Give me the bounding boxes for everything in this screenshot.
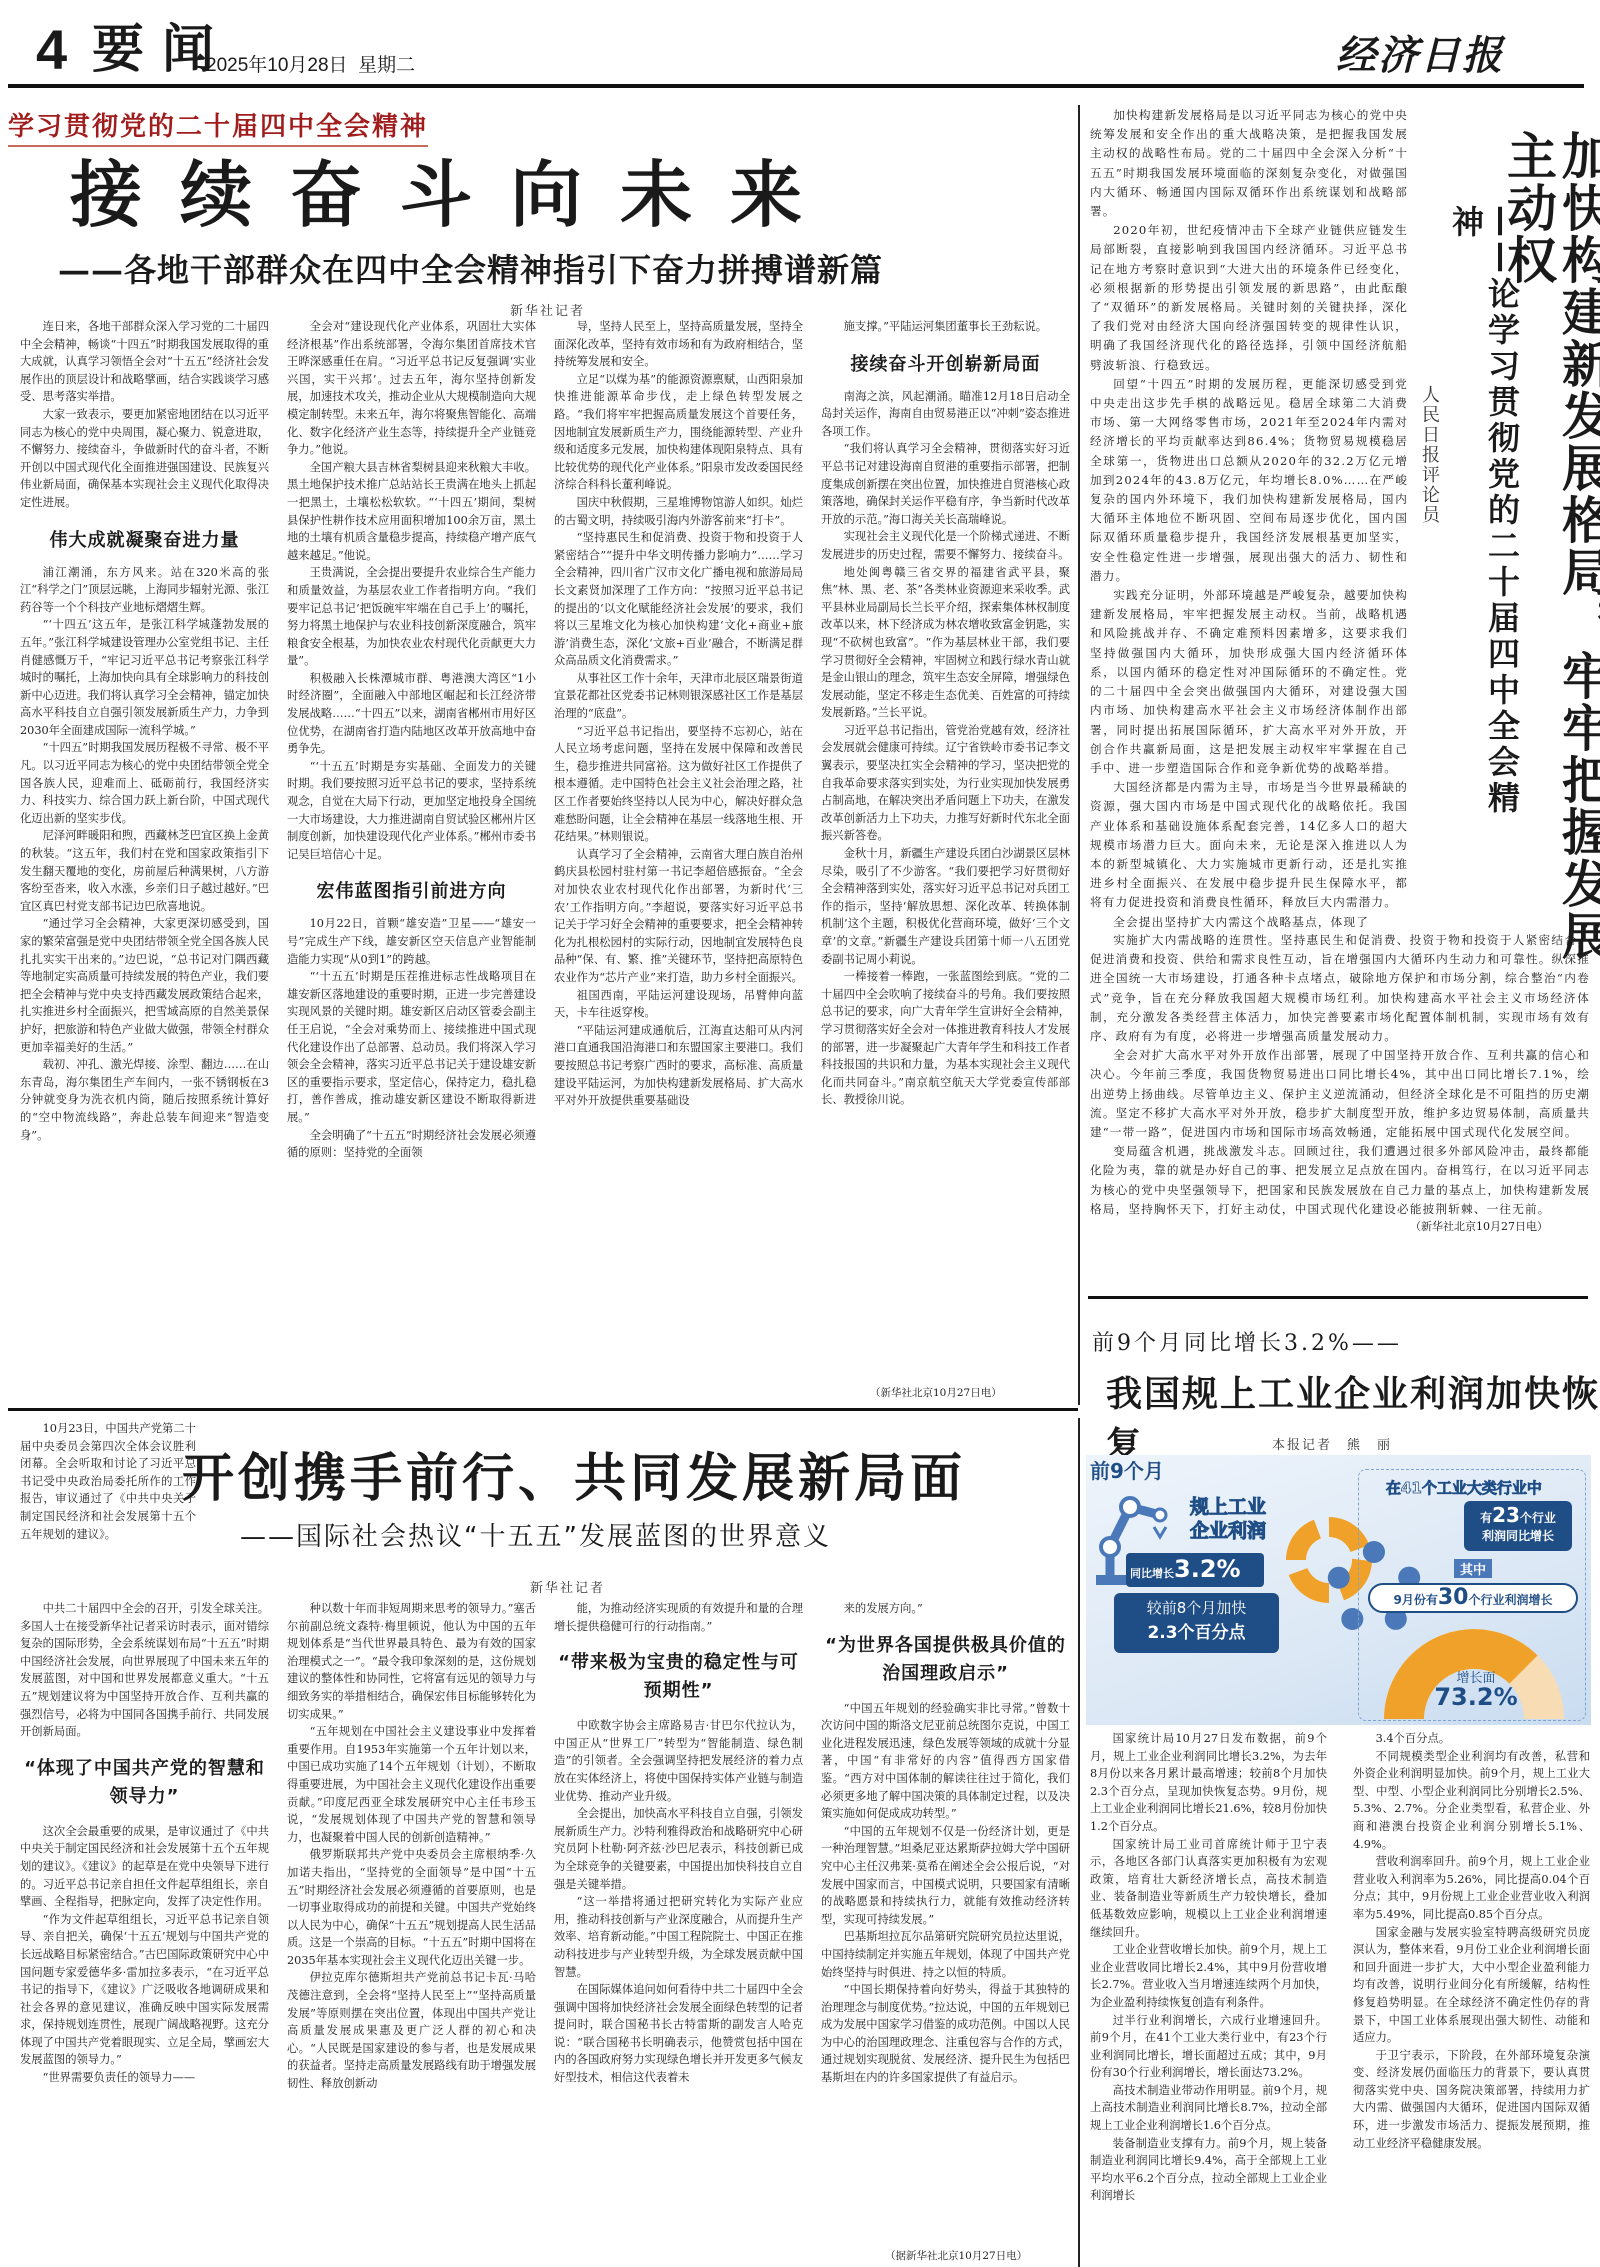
paragraph: 变局蕴含机遇，挑战激发斗志。回顾过往，我们遭遇过很多外部风险冲击，最终都能化险为… [1090,1142,1590,1219]
intl-byline: 新华社记者 [530,1577,605,1596]
paragraph: 能，为推动经济实现质的有效提升和量的合理增长提供稳健可行的行动指南。” [554,1600,803,1635]
paragraph: 南海之滨，风起潮涌。瞄准12月18日启动全岛封关运作，海南自由贸易港正以“冲刺”… [821,388,1070,441]
paragraph: 伊拉克库尔德斯坦共产党前总书记卡瓦·马哈茂德注意到，全会将“坚持人民至上”“坚持… [287,1969,536,2092]
info-sept-suffix: 个行业利润增长 [1468,1593,1552,1607]
paragraph: 实践充分证明，外部环境越是严峻复杂，越要加快构建新发展格局，牢牢把握发展主动权。… [1090,586,1408,778]
lead-column: 连日来，各地干部群众深入学习党的二十届四中全会精神，畅谈“十四五”时期我国发展取… [20,318,269,1388]
intl-subheadline: ——国际社会热议“十五五”发展蓝图的世界意义 [240,1516,831,1553]
info-profit-label: 规上工业企业利润 [1186,1495,1266,1543]
info-right-title: 在41个工业大类行业中 [1386,1477,1542,1498]
section-heading: 伟大成就凝聚奋进力量 [20,526,269,552]
info-growth-suffix: 个行业 [1520,1511,1556,1525]
paragraph: 载初、冲孔、激光焊接、涂型、翻边……在山东青岛，海尔集团生产车间内，一张不锈钢板… [20,1056,269,1144]
date-text: 2025年10月28日 [206,55,348,76]
paragraph: 俄罗斯联邦共产党中央委员会主席根纳季·久加诺夫指出，“坚持党的全面领导”是中国“… [287,1846,536,1969]
editorial-dateline: （新华社北京10月27日电） [1410,1218,1548,1234]
info-faster-box: 较前8个月加快 2.3个百分点 [1114,1593,1279,1653]
paragraph: “中国长期保持着向好势头，得益于其独特的治理理念与制度优势。”拉达说，中国的五年… [821,1981,1070,2087]
paragraph: 在国际媒体追问如何看待中共二十届四中全会强调中国将加快经济社会发展全面绿色转型的… [554,1981,803,2087]
paragraph: 国家统计局工业司首席统计师于卫宁表示，各地区各部门认真落实更加积极有为宏观政策，… [1090,1836,1327,1942]
paragraph: 装备制造业支撑有力。前9个月，规上装备制造业利润同比增长9.4%，高于全部规上工… [1090,2135,1327,2205]
column-divider [1078,105,1080,1405]
paragraph: 全会提出，加快高水平科技自立自强，引领发展新质生产力。沙特利雅得政治和战略研究中… [554,1805,803,1893]
section-heading: 宏伟蓝图指引前进方向 [287,877,536,903]
lead-dateline: （新华社北京10月27日电） [870,1385,1002,1400]
intl-headline: 开创携手前行、共同发展新局面 [182,1436,966,1511]
infographic: 前9个月 规上工业企业利润 同比增长3.2% 较前8个月加快 2.3个百分点 在… [1086,1455,1591,1725]
paragraph: “五年规划在中国社会主义建设事业中发挥着重要作用。自1953年实施第一个五年计划… [287,1723,536,1846]
info-left-title: 前9个月 [1090,1455,1164,1484]
paragraph: 一棒接着一棒跑，一张蓝图绘到底。“党的二十届四中全会吹响了接续奋斗的号角。我们要… [821,968,1070,1109]
paragraph: 尼泽河畔暖阳和煦，西藏林芝巴宜区换上金黄的秋装。“这五年，我们村在党和国家政策指… [20,827,269,915]
paragraph: 国家统计局10月27日发布数据，前9个月，规上工业企业利润同比增长3.2%，为去… [1090,1730,1327,1836]
editorial-subheadline: ——论学习贯彻党的二十届四中全会精神 [1448,205,1520,845]
section-rule [8,1408,1078,1411]
paragraph: “这一举措将通过把研究转化为实际产业应用，推动科技创新与产业深度融合，从而提升生… [554,1893,803,1981]
intl-article-body: 中共二十届四中全会的召开，引发全球关注。多国人士在接受新华社记者采访时表示，面对… [20,1600,1070,2265]
lead-byline: 新华社记者 [510,300,585,319]
paragraph: 来的发展方向。” [821,1600,1070,1618]
paragraph: 国家金融与发展实验室特聘高级研究员庞溟认为，整体来看，9月份工业企业利润增长面和… [1353,1924,1590,2047]
paragraph: 于卫宁表示，下阶段，在外部环境复杂演变、经济发展仍面临压力的背景下，要认真贯彻落… [1353,2047,1590,2153]
weekday-text: 星期二 [358,55,415,76]
paragraph: 种以数十年而非短周期来思考的领导力。”塞舌尔前副总统文森特·梅里顿说，他认为中国… [287,1600,536,1723]
info-faster-line1: 较前8个月加快 [1114,1597,1279,1618]
paragraph: 大国经济都是内需为主导，市场是当今世界最稀缺的资源，强大国内市场是中国式现代化的… [1090,778,1408,912]
lead-headline: 接续奋斗向未来 [70,150,1010,240]
section-heading: 接续奋斗开创崭新局面 [821,350,1070,376]
econ-column: 国家统计局10月27日发布数据，前9个月，规上工业企业利润同比增长3.2%，为去… [1090,1730,1327,2260]
intl-column: 种以数十年而非短周期来思考的领导力。”塞舌尔前副总统文森特·梅里顿说，他认为中国… [287,1600,536,2265]
paragraph: 地处闽粤赣三省交界的福建省武平县，聚焦“林、黑、老、茶”各类林业资源迎来采收季。… [821,564,1070,722]
info-growth-box: 有23个行业 利润同比增长 [1464,1501,1572,1551]
paragraph: “平陆运河建成通航后，江海直达船可从内河港口直通我国沿海港口和东盟国家主要港口。… [554,1022,803,1110]
paragraph: 全会对扩大高水平对外开放作出部署，展现了中国坚持开放合作、互利共赢的信心和决心。… [1090,1046,1590,1142]
paragraph: 施支撑。”平陆运河集团董事长王劲耘说。 [821,318,1070,336]
lead-column: 施支撑。”平陆运河集团董事长王劲耘说。接续奋斗开创崭新局面南海之滨，风起潮涌。瞄… [821,318,1070,1388]
info-faster-line2: 2.3个百分点 [1114,1618,1279,1643]
paragraph: 这次全会最重要的成果，是审议通过了《中共中央关于制定国民经济和社会发展第十五个五… [20,1823,269,1911]
paragraph: 2020年初，世纪疫情冲击下全球产业链供应链发生局部断裂，直接影响到我国国内经济… [1090,221,1408,375]
column-divider [1078,1418,1080,2267]
econ-article-body: 国家统计局10月27日发布数据，前9个月，规上工业企业利润同比增长3.2%，为去… [1090,1730,1590,2260]
paragraph: 高技术制造业带动作用明显。前9个月，规上高技术制造业利润同比增长8.7%，拉动全… [1090,2082,1327,2135]
paragraph: 营收利润率回升。前9个月，规上工业企业营业收入利润率为5.26%，同比提高0.0… [1353,1853,1590,1923]
paragraph: 巴基斯坦拉瓦尔品第研究院研究员拉达里说，中国持续制定并实施五年规划，体现了中国共… [821,1928,1070,1981]
paragraph: 加快构建新发展格局是以习近平同志为核心的党中央统筹发展和安全作出的重大战略决策，… [1090,106,1408,221]
paragraph: 从事社区工作十余年，天津市北辰区瑞景街道宜景花都社区党委书记林则银深感社区工作是… [554,670,803,723]
paragraph: 中欧数字协会主席路易吉·甘巴尔代拉认为，中国正从“世界工厂”转型为“智能制造、绿… [554,1717,803,1805]
page-number: 4 [36,20,67,80]
editorial-author: 人民日报评论员 [1416,385,1442,525]
paragraph: “我们将认真学习全会精神，贯彻落实好习近平总书记对建设海南自贸港的重要指示部署，… [821,440,1070,528]
lead-article-body: 连日来，各地干部群众深入学习党的二十届四中全会精神，畅谈“十四五”时期我国发展取… [20,318,1070,1388]
paragraph: 立足“以煤为基”的能源资源禀赋，山西阳泉加快推进能源革命步伐，走上绿色转型发展之… [554,371,803,494]
intl-dateline: （据新华社北京10月27日电） [885,2248,1027,2263]
intl-column: 来的发展方向。”“为世界各国提供极具价值的治国理政启示”“中国五年规划的经验确实… [821,1600,1070,2265]
section-heading: “带来极为宝贵的稳定性与可预期性” [554,1649,803,1705]
info-breadth-value: 73.2% [1416,1683,1536,1711]
section-rule [1088,1296,1588,1299]
paragraph: 3.4个百分点。 [1353,1730,1590,1748]
paragraph: 10月22日，首颗“雄安造”卫星——“雄安一号”完成生产下线，雄安新区空天信息产… [287,915,536,968]
paragraph: “十四五”时期我国发展历程极不寻常、极不平凡。以习近平同志为核心的党中央团结带领… [20,739,269,827]
paragraph: “‘十四五’这五年，是张江科学城蓬勃发展的五年。”张江科学城建设管理办公室党组书… [20,616,269,739]
paragraph: “中国的五年规划不仅是一份经济计划，更是一种治理智慧。”坦桑尼亚达累斯萨拉姆大学… [821,1823,1070,1929]
econ-byline: 本报记者 熊 丽 [1272,1434,1392,1453]
lead-subheadline: ——各地干部群众在四中全会精神指引下奋力拼搏谱新篇 [58,250,1018,290]
paragraph: 金秋十月，新疆生产建设兵团白沙湖景区层林尽染，吸引了不少游客。“我们要把学习好贯… [821,845,1070,968]
paragraph: 10月23日，中国共产党第二十届中央委员会第四次全体会议胜利闭幕。全会听取和讨论… [20,1420,196,1543]
econ-kicker: 前9个月同比增长3.2%—— [1092,1326,1402,1357]
editorial-body-wide: 实施扩大内需战略的连贯性。坚持惠民生和促消费、投资于物和投资于人紧密结合，促进消… [1090,931,1590,1219]
info-among-label: 其中 [1454,1559,1492,1578]
econ-column: 3.4个百分点。不同规模类型企业利润均有改善，私营和外资企业利润明显加快。前9个… [1353,1730,1590,2260]
intl-lead-top: 10月23日，中国共产党第二十届中央委员会第四次全体会议胜利闭幕。全会听取和讨论… [20,1420,196,1560]
paragraph: 连日来，各地干部群众深入学习党的二十届四中全会精神，畅谈“十四五”时期我国发展取… [20,318,269,406]
masthead-rule [8,84,1584,88]
section-heading: “体现了中国共产党的智慧和领导力” [20,1755,269,1811]
lead-column: 导，坚持人民至上，坚持高质量发展，坚持全面深化改革，坚持有效市场和有为政府相结合… [554,318,803,1388]
info-sept-count: 30 [1438,1585,1469,1610]
paragraph: 实施扩大内需战略的连贯性。坚持惠民生和促消费、投资于物和投资于人紧密结合，促进消… [1090,931,1590,1046]
info-yoy-label: 同比增长 [1130,1567,1174,1580]
newspaper-logo: 经济日报 [1336,24,1504,81]
paragraph: 中共二十届四中全会的召开，引发全球关注。多国人士在接受新华社记者采访时表示，面对… [20,1600,269,1741]
paragraph: 回望“十四五”时期的发展历程，更能深切感受到党中央走出这步先手棋的战略远见。稳居… [1090,375,1408,586]
info-sept-pill: 9月份有30个行业利润增长 [1368,1583,1578,1613]
paragraph: 国庆中秋假期，三星堆博物馆游人如织。灿烂的古蜀文明，持续吸引海内外游客前来“打卡… [554,494,803,529]
paragraph: 积极融入长株潭城市群、粤港澳大湾区“1小时经济圈”，全面融入中部地区崛起和长江经… [287,670,536,758]
paragraph: 大家一致表示，要更加紧密地团结在以习近平同志为核心的党中央周围，凝心聚力、锐意进… [20,406,269,512]
paragraph: 认真学习了全会精神，云南省大理白族自治州鹤庆县松园村驻村第一书记李超倍感振奋。“… [554,846,803,987]
paragraph: 工业企业营收增长加快。前9个月，规上工业企业营收同比增长2.4%，其中9月份营收… [1090,1941,1327,2011]
issue-date: 2025年10月28日 星期二 [206,50,415,77]
paragraph: 导，坚持人民至上，坚持高质量发展，坚持全面深化改革，坚持有效市场和有为政府相结合… [554,318,803,371]
info-growth-prefix: 有 [1480,1511,1492,1525]
intl-lead-column: 10月23日，中国共产党第二十届中央委员会第四次全体会议胜利闭幕。全会听取和讨论… [20,1420,196,1560]
paragraph: 习近平总书记指出，管党治党越有效，经济社会发展就会健康可持续。辽宁省铁岭市委书记… [821,722,1070,845]
info-sept-prefix: 9月份有 [1394,1593,1438,1607]
info-yoy-value: 3.2% [1174,1555,1241,1583]
paragraph: “世界需要负责任的领导力—— [20,2069,269,2087]
paragraph: 实现社会主义现代化是一个阶梯式递进、不断发展进步的历史过程，需要不懈努力、接续奋… [821,528,1070,563]
paragraph: 浦江潮涌，东方风来。站在320米高的张江“科学之门”顶层远眺，上海同步辐射光源、… [20,564,269,617]
paragraph: 全会对“建设现代化产业体系，巩固壮大实体经济根基”作出系统部署，令海尔集团首席技… [287,318,536,459]
lead-column: 全会对“建设现代化产业体系，巩固壮大实体经济根基”作出系统部署，令海尔集团首席技… [287,318,536,1388]
paragraph: “坚持惠民生和促消费、投资于物和投资于人紧密结合”“提升中华文明传播力影响力”…… [554,529,803,670]
paragraph: 全国产粮大县吉林省梨树县迎来秋粮大丰收。黑土地保护技术推广总站站长王贵满在地头上… [287,459,536,565]
series-tag: 学习贯彻党的二十届四中全会精神 [8,106,428,147]
paragraph: “作为文件起草组组长，习近平总书记亲自领导、亲自把关，确保‘十五五’规划与中国共… [20,1911,269,2069]
intl-column: 中共二十届四中全会的召开，引发全球关注。多国人士在接受新华社记者采访时表示，面对… [20,1600,269,2265]
info-growth-line2: 利润同比增长 [1464,1527,1572,1544]
editorial-body-narrow: 加快构建新发展格局是以习近平同志为核心的党中央统筹发展和安全作出的重大战略决策，… [1090,106,1408,932]
paragraph: “通过学习全会精神，大家更深切感受到，国家的繁荣富强是党中央团结带领全党全国各族… [20,915,269,1056]
intl-column: 能，为推动经济实现质的有效提升和量的合理增长提供稳健可行的行动指南。”“带来极为… [554,1600,803,2265]
paragraph: “习近平总书记指出，要坚持不忘初心，站在人民立场考虑问题，坚持在发展中保障和改善… [554,723,803,846]
paragraph: 过半行业利润增长，六成行业增速回升。前9个月，在41个工业大类行业中，有23个行… [1090,2012,1327,2082]
section-heading: “为世界各国提供极具价值的治国理政启示” [821,1632,1070,1688]
info-yoy-badge: 同比增长3.2% [1126,1553,1264,1587]
paragraph: 全会明确了“十五五”时期经济社会发展必须遵循的原则：坚持党的全面领 [287,1127,536,1162]
paragraph: 王贵满说，全会提出要提升农业综合生产能力和质量效益，为基层农业工作者指明方向。“… [287,564,536,670]
paragraph: “‘十五五’时期是夯实基础、全面发力的关键时期。我们要按照习近平总书记的要求，坚… [287,758,536,864]
paragraph: “‘十五五’时期是压茬推进标志性战略项目在雄安新区落地建设的重要时期，正进一步完… [287,968,536,1126]
info-growth-count: 23 [1492,1503,1520,1527]
paragraph: 全会提出坚持扩大内需这个战略基点，体现了 [1090,913,1408,932]
paragraph: “中国五年规划的经验确实非比寻常。”曾数十次访问中国的斯洛文尼亚前总统图尔克说，… [821,1700,1070,1823]
paragraph: 不同规模类型企业利润均有改善，私营和外资企业利润明显加快。前9个月，规上工业大型… [1353,1748,1590,1854]
paragraph: 祖国西南，平陆运河建设现场，吊臂伸向蓝天，卡车往返穿梭。 [554,987,803,1022]
